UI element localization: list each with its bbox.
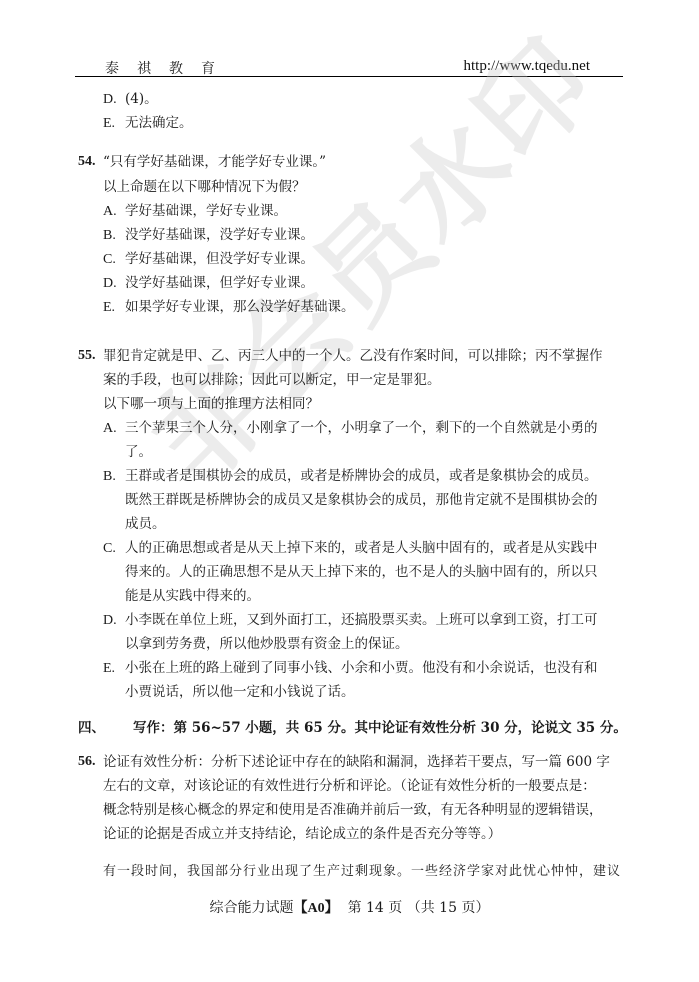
section-4-number: 四、 bbox=[78, 718, 105, 738]
q54-option-d: D.没学好基础课，但学好专业课。 bbox=[103, 273, 314, 294]
q54-option-c: C.学好基础课，但没学好专业课。 bbox=[103, 249, 314, 270]
header-org: 泰祺教育 bbox=[105, 58, 233, 78]
q55-option-a: A.三个苹果三个人分，小刚拿了一个，小明拿了一个，剩下的一个自然就是小勇的 bbox=[103, 418, 598, 439]
q55-option-c-cont-1: 得来的。人的正确思想不是从天上掉下来的，也不是人的头脑中固有的，所以只 bbox=[125, 562, 598, 582]
q55-option-e: E.小张在上班的路上碰到了同事小钱、小余和小贾。他没有和小余说话，也没有和 bbox=[103, 658, 598, 679]
q56-number: 56. bbox=[78, 752, 96, 772]
q56-line-3: 概念特别是核心概念的界定和使用是否准确并前后一致，有无各种明显的逻辑错误， bbox=[103, 800, 603, 820]
q56-line-1: 论证有效性分析：分析下述论证中存在的缺陷和漏洞，选择若干要点，写一篇 600 字 bbox=[103, 752, 610, 772]
q56-line-4: 论证的论据是否成立并支持结论，结论成立的条件是否充分等等。） bbox=[103, 824, 501, 844]
q56-essay-first-line: 有一段时间，我国部分行业出现了生产过剩现象。一些经济学家对此忧心忡忡，建议 bbox=[103, 862, 621, 882]
q54-stem: “只有学好基础课，才能学好专业课。” bbox=[103, 152, 326, 172]
q55-option-c: C.人的正确思想或者是从天上掉下来的，或者是人头脑中固有的，或者是从实践中 bbox=[103, 538, 598, 559]
footer-code: 【A0】 bbox=[294, 901, 339, 916]
q55-stem-line-2: 案的手段，也可以排除；因此可以断定，甲一定是罪犯。 bbox=[103, 370, 441, 390]
q55-option-e-cont: 小贾说话，所以他一定和小钱说了话。 bbox=[125, 682, 355, 702]
q55-option-d-cont: 以拿到劳务费，所以他炒股票有资金上的保证。 bbox=[125, 634, 409, 654]
footer-title: 综合能力试题 bbox=[210, 900, 294, 916]
q55-option-c-cont-2: 能是从实践中得来的。 bbox=[125, 586, 260, 606]
header-divider bbox=[75, 76, 623, 77]
footer-page: 第 14 页 （共 15 页） bbox=[348, 900, 490, 916]
q55-question: 以下哪一项与上面的推理方法相同？ bbox=[103, 394, 319, 414]
q53-option-d: D.(4)。 bbox=[103, 89, 158, 110]
header-url: http://www.tqedu.net bbox=[463, 58, 590, 75]
q54-option-e: E.如果学好专业课，那么没学好基础课。 bbox=[103, 297, 355, 318]
q55-option-b: B.王群或者是围棋协会的成员，或者是桥牌协会的成员，或者是象棋协会的成员。 bbox=[103, 466, 598, 487]
page-footer: 综合能力试题【A0】 第 14 页 （共 15 页） bbox=[0, 897, 699, 917]
q55-number: 55. bbox=[78, 346, 96, 366]
q54-option-b: B.没学好基础课，没学好专业课。 bbox=[103, 225, 314, 246]
q55-stem-line-1: 罪犯肯定就是甲、乙、丙三人中的一个人。乙没有作案时间，可以排除；丙不掌握作 bbox=[103, 346, 603, 366]
q55-option-b-cont-2: 成员。 bbox=[125, 514, 166, 534]
q55-option-d: D.小李既在单位上班，又到外面打工，还搞股票买卖。上班可以拿到工资，打工可 bbox=[103, 610, 598, 631]
q55-option-b-cont-1: 既然王群既是桥牌协会的成员又是象棋协会的成员，那他肯定就不是围棋协会的 bbox=[125, 490, 598, 510]
q55-option-a-cont: 了。 bbox=[125, 442, 152, 462]
q53-option-e: E.无法确定。 bbox=[103, 113, 193, 134]
q54-number: 54. bbox=[78, 152, 96, 172]
q54-option-a: A.学好基础课，学好专业课。 bbox=[103, 201, 287, 222]
section-4-title: 写作：第 56~57 小题，共 65 分。其中论证有效性分析 30 分，论说文 … bbox=[133, 718, 627, 738]
q54-question: 以上命题在以下哪种情况下为假？ bbox=[103, 177, 306, 197]
q56-line-2: 左右的文章，对该论证的有效性进行分析和评论。（论证有效性分析的一般要点是： bbox=[103, 776, 596, 796]
page-header: 泰祺教育 http://www.tqedu.net bbox=[75, 56, 623, 76]
